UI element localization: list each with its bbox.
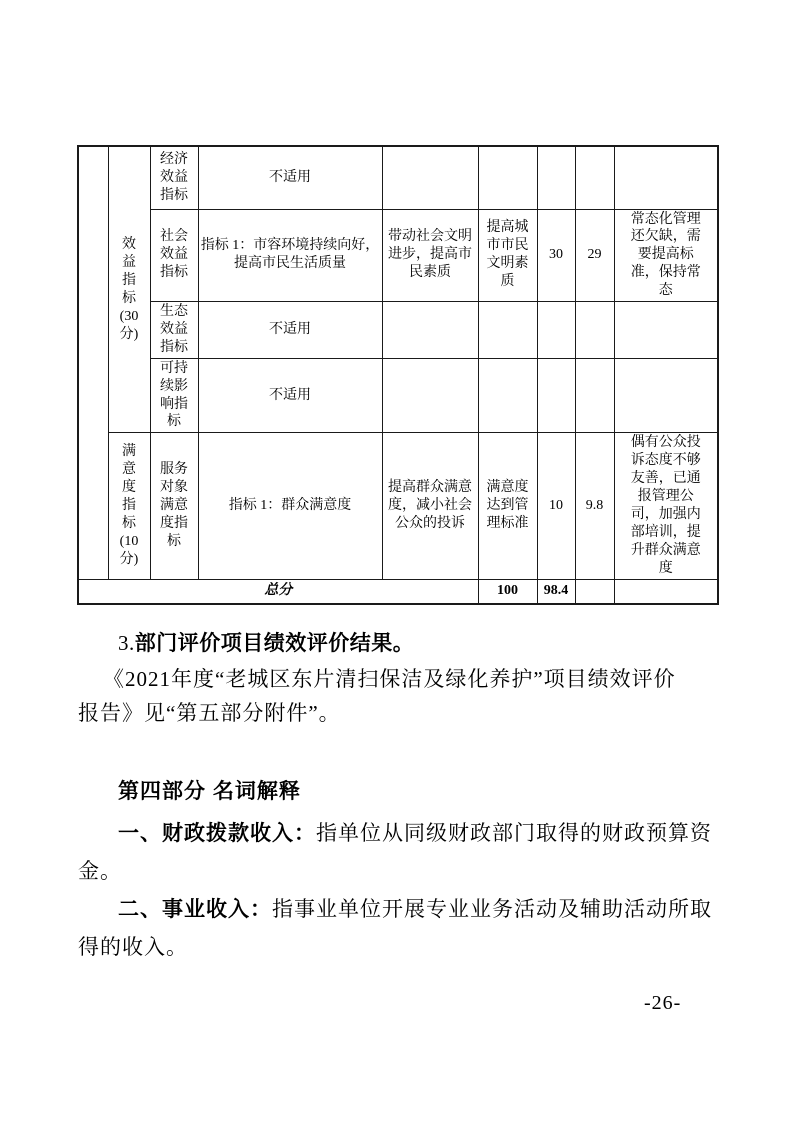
term-business-income: 二、事业收入：指事业单位开展专业业务活动及辅助活动所取 得的收入。 — [78, 890, 778, 966]
cell-full-score: 30 — [537, 209, 575, 302]
total-score: 98.4 — [537, 579, 575, 604]
cell-note: 偶有公众投 诉态度不够 友善，已通 报管理公 司，加强内 部培训，提 升群众满意… — [614, 433, 718, 579]
cell-sub-indicator: 生态 效益 指标 — [150, 302, 198, 359]
term-fiscal-appropriation: 一、财政拨款收入：指单位从同级财政部门取得的财政预算资 金。 — [78, 814, 778, 890]
cell-effect — [382, 358, 478, 433]
cell-full-score — [537, 302, 575, 359]
cell-achievement — [478, 358, 537, 433]
cell-full-score — [537, 146, 575, 209]
cell-indicator: 不适用 — [198, 146, 382, 209]
cell-note — [614, 146, 718, 209]
total-empty-cell — [575, 579, 614, 604]
result-heading-number: 3. — [118, 631, 135, 655]
cell-left-spacer — [78, 146, 108, 579]
part4-heading: 第四部分 名词解释 — [78, 779, 778, 805]
cell-score: 29 — [575, 209, 614, 302]
cell-sub-indicator: 经济 效益 指标 — [150, 146, 198, 209]
cell-note: 常态化管理 还欠缺，需 要提高标 准，保持常 态 — [614, 209, 718, 302]
cell-indicator: 指标 1：群众满意度 — [198, 433, 382, 579]
result-heading-title: 部门评价项目绩效评价结果。 — [135, 631, 415, 655]
table-row: 社会 效益 指标 指标 1：市容环境持续向好， 提高市民生活质量 带动社会文明 … — [78, 209, 718, 302]
cell-score — [575, 302, 614, 359]
cell-satisfaction-group: 满 意 度 指 标 (10 分) — [108, 433, 150, 579]
document-page: 效 益 指 标 (30 分) 经济 效益 指标 不适用 社会 效益 指标 指标 … — [0, 0, 793, 1122]
term-lead: 二、事业收入： — [118, 897, 272, 921]
cell-note — [614, 358, 718, 433]
result-heading: 3.部门评价项目绩效评价结果。 — [78, 630, 778, 656]
cell-sub-indicator: 服务 对象 满意 度指 标 — [150, 433, 198, 579]
cell-full-score — [537, 358, 575, 433]
cell-indicator: 不适用 — [198, 302, 382, 359]
total-full-score: 100 — [478, 579, 537, 604]
cell-sub-indicator: 可持 续影 响指 标 — [150, 358, 198, 433]
table-row: 满 意 度 指 标 (10 分) 服务 对象 满意 度指 标 指标 1：群众满意… — [78, 433, 718, 579]
cell-note — [614, 302, 718, 359]
total-empty-cell — [614, 579, 718, 604]
cell-achievement: 满意度 达到管 理标准 — [478, 433, 537, 579]
cell-indicator: 不适用 — [198, 358, 382, 433]
cell-effect — [382, 302, 478, 359]
cell-score — [575, 358, 614, 433]
cell-score: 9.8 — [575, 433, 614, 579]
cell-indicator: 指标 1：市容环境持续向好， 提高市民生活质量 — [198, 209, 382, 302]
cell-achievement — [478, 146, 537, 209]
page-number: -26- — [644, 992, 681, 1015]
table-row: 效 益 指 标 (30 分) 经济 效益 指标 不适用 — [78, 146, 718, 209]
report-paragraph: 《2021年度“老城区东片清扫保洁及绿化养护”项目绩效评价 报告》见“第五部分附… — [78, 662, 778, 730]
cell-effect: 带动社会文明 进步，提高市 民素质 — [382, 209, 478, 302]
cell-effect: 提高群众满意 度，减小社会 公众的投诉 — [382, 433, 478, 579]
term-lead: 一、财政拨款收入： — [118, 821, 316, 845]
table-row: 生态 效益 指标 不适用 — [78, 302, 718, 359]
cell-sub-indicator: 社会 效益 指标 — [150, 209, 198, 302]
total-label: 总分 — [78, 579, 478, 604]
cell-achievement — [478, 302, 537, 359]
cell-full-score: 10 — [537, 433, 575, 579]
total-row: 总分 100 98.4 — [78, 579, 718, 604]
cell-effect — [382, 146, 478, 209]
performance-evaluation-table: 效 益 指 标 (30 分) 经济 效益 指标 不适用 社会 效益 指标 指标 … — [77, 145, 719, 605]
cell-benefit-group: 效 益 指 标 (30 分) — [108, 146, 150, 433]
table-row: 可持 续影 响指 标 不适用 — [78, 358, 718, 433]
cell-score — [575, 146, 614, 209]
cell-achievement: 提高城 市市民 文明素 质 — [478, 209, 537, 302]
